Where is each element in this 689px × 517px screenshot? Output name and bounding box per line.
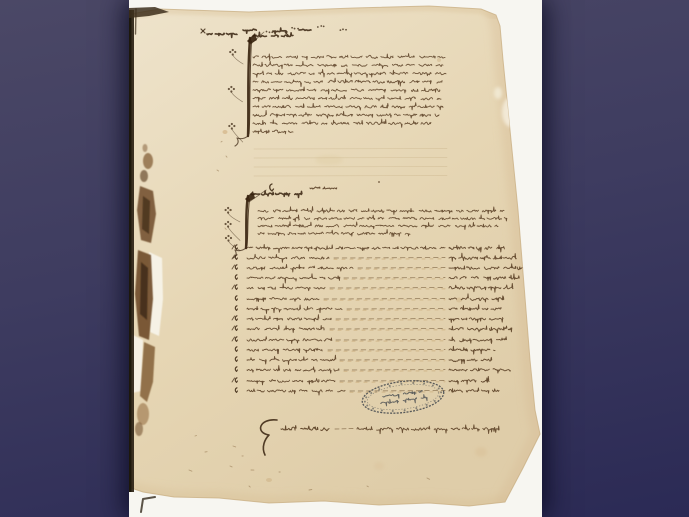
slide-background: 1371 1 [0, 0, 689, 517]
manuscript-page: 1371 1 [129, 0, 542, 517]
manuscript-photo: 1371 1 [129, 0, 542, 517]
